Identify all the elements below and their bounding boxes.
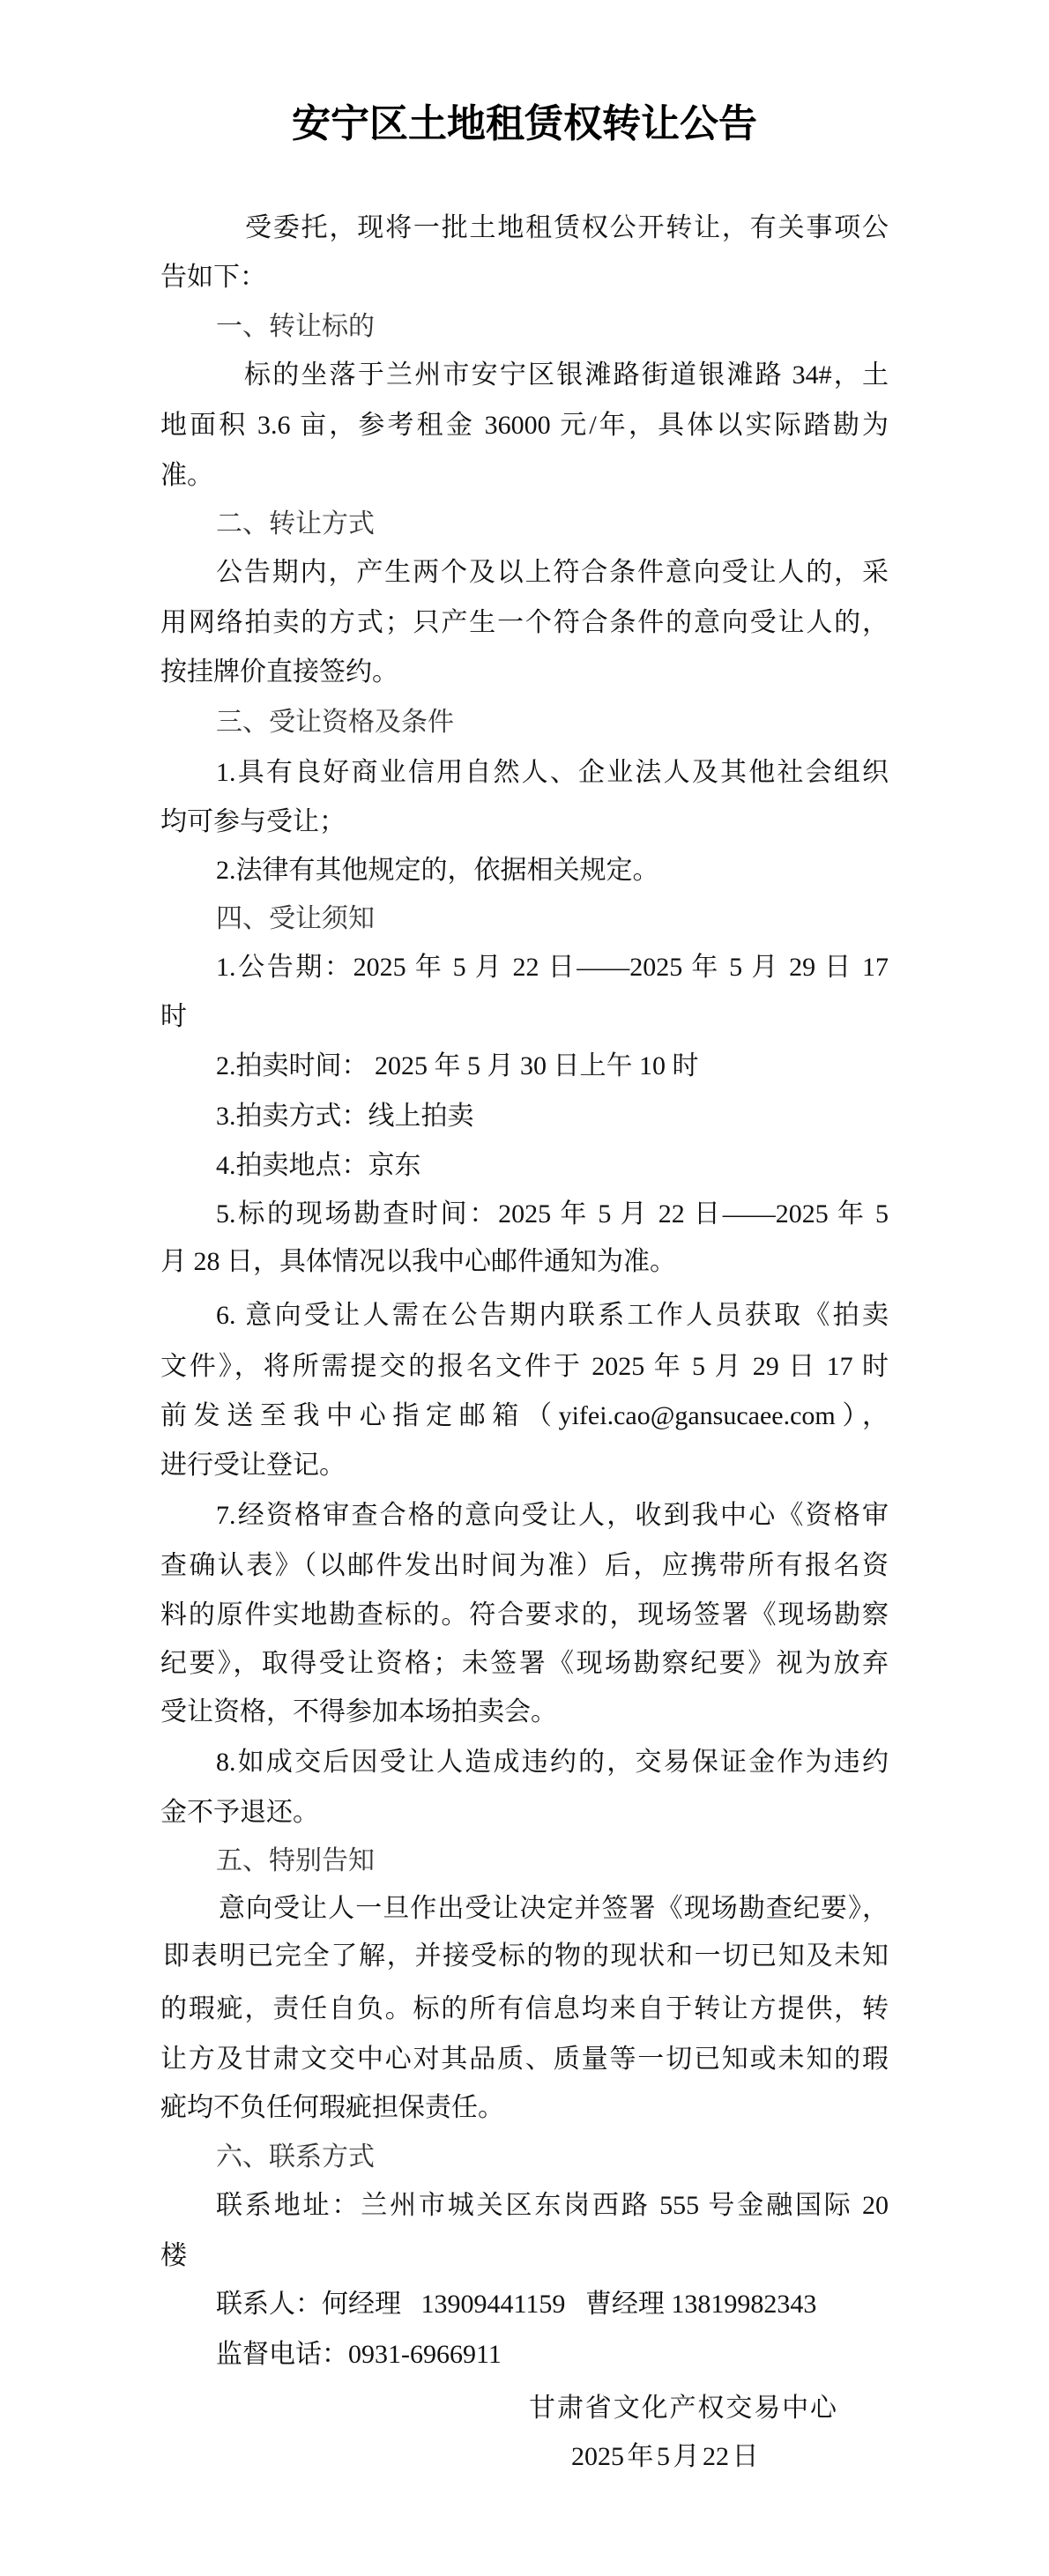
text-line: 查确认表》（以邮件发出时间为准）后，应携带所有报名资 (160, 1541, 889, 1591)
contact-address-line: 楼 (160, 2231, 187, 2281)
section-heading: 四、受让须知 (216, 895, 375, 944)
section-heading: 六、联系方式 (216, 2133, 375, 2182)
text-line: 金不予退还。 (160, 1788, 319, 1837)
document-page: 安宁区土地租赁权转让公告 受委托，现将一批土地租赁权公开转让，有关事项公 告如下… (0, 0, 1049, 2576)
text-line: 受让资格，不得参加本场拍卖会。 (160, 1688, 557, 1737)
text-line: 地面积 3.6 亩，参考租金 36000 元/年，具体以实际踏勘为 (160, 401, 889, 450)
supervision-phone-line: 监督电话：0931-6966911 (216, 2330, 502, 2379)
text-line: 疵均不负任何瑕疵担保责任。 (160, 2083, 504, 2133)
text-line: 告如下： (160, 253, 266, 302)
text-line: 4.拍卖地点：京东 (216, 1141, 421, 1191)
text-line: 1.公告期：2025 年 5 月 22 日——2025 年 5 月 29 日 1… (216, 943, 889, 992)
section-heading: 二、转让方式 (216, 500, 375, 549)
text-line: 7.经资格审查合格的意向受让人，收到我中心《资格审 (216, 1491, 889, 1540)
text-line: 用网络拍卖的方式；只产生一个符合条件的意向受让人的， (160, 598, 889, 648)
text-line: 1.具有良好商业信用自然人、企业法人及其他社会组织 (216, 748, 889, 798)
text-line: 前发送至我中心指定邮箱（yifei.cao@gansucaee.com）， (160, 1392, 889, 1441)
section-heading: 五、特别告知 (216, 1837, 375, 1886)
section-heading: 三、受让资格及条件 (216, 698, 454, 747)
text-line: 2.拍卖时间： 2025 年 5 月 30 日上午 10 时 (216, 1042, 699, 1091)
text-line: 料的原件实地勘查标的。符合要求的，现场签署《现场勘察 (160, 1591, 889, 1640)
text-line: 标的坐落于兰州市安宁区银滩路街道银滩路 34#，土 (244, 351, 889, 400)
text-line: 公告期内，产生两个及以上符合条件意向受让人的，采 (216, 548, 889, 598)
contact-address-line: 联系地址：兰州市城关区东岗西路 555 号金融国际 20 (216, 2181, 889, 2231)
text-line: 3.拍卖方式：线上拍卖 (216, 1092, 474, 1141)
text-line: 5.标的现场勘查时间：2025 年 5 月 22 日——2025 年 5 (216, 1190, 889, 1239)
text-line: 均可参与受让； (160, 798, 346, 847)
text-line: 受委托，现将一批土地租赁权公开转让，有关事项公 (245, 204, 889, 253)
section-heading: 一、转让标的 (216, 302, 375, 352)
text-line: 文件》，将所需提交的报名文件于 2025 年 5 月 29 日 17 时 (160, 1342, 889, 1392)
text-line: 进行受让登记。 (160, 1441, 346, 1490)
text-line: 即表明已完全了解，并接受标的物的现状和一切已知及未知 (163, 1932, 889, 1981)
text-line: 8.如成交后因受让人造成违约的，交易保证金作为违约 (216, 1738, 889, 1787)
text-line: 意向受让人一旦作出受让决定并签署《现场勘查纪要》， (219, 1884, 889, 1934)
text-line: 准。 (160, 451, 213, 501)
text-line: 2.法律有其他规定的，依据相关规定。 (216, 846, 659, 895)
document-title: 安宁区土地租赁权转让公告 (0, 98, 1049, 151)
contact-persons-line: 联系人：何经理 13909441159 曹经理 13819982343 (216, 2280, 816, 2329)
text-line: 的瑕疵，责任自负。标的所有信息均来自于转让方提供，转 (160, 1985, 889, 2034)
text-line: 让方及甘肃文交中心对其品质、质量等一切已知或未知的瑕 (160, 2035, 889, 2084)
signature-organization: 甘肃省文化产权交易中心 (529, 2384, 837, 2433)
signature-date: 2025 年 5 月 22 日 (571, 2432, 759, 2482)
text-line: 6. 意向受让人需在公告期内联系工作人员获取《拍卖 (216, 1291, 889, 1340)
text-line: 月 28 日，具体情况以我中心邮件通知为准。 (160, 1237, 676, 1287)
text-line: 按挂牌价直接签约。 (160, 648, 398, 697)
text-line: 时 (160, 992, 187, 1042)
text-line: 纪要》，取得受让资格；未签署《现场勘察纪要》视为放弃 (160, 1639, 889, 1689)
